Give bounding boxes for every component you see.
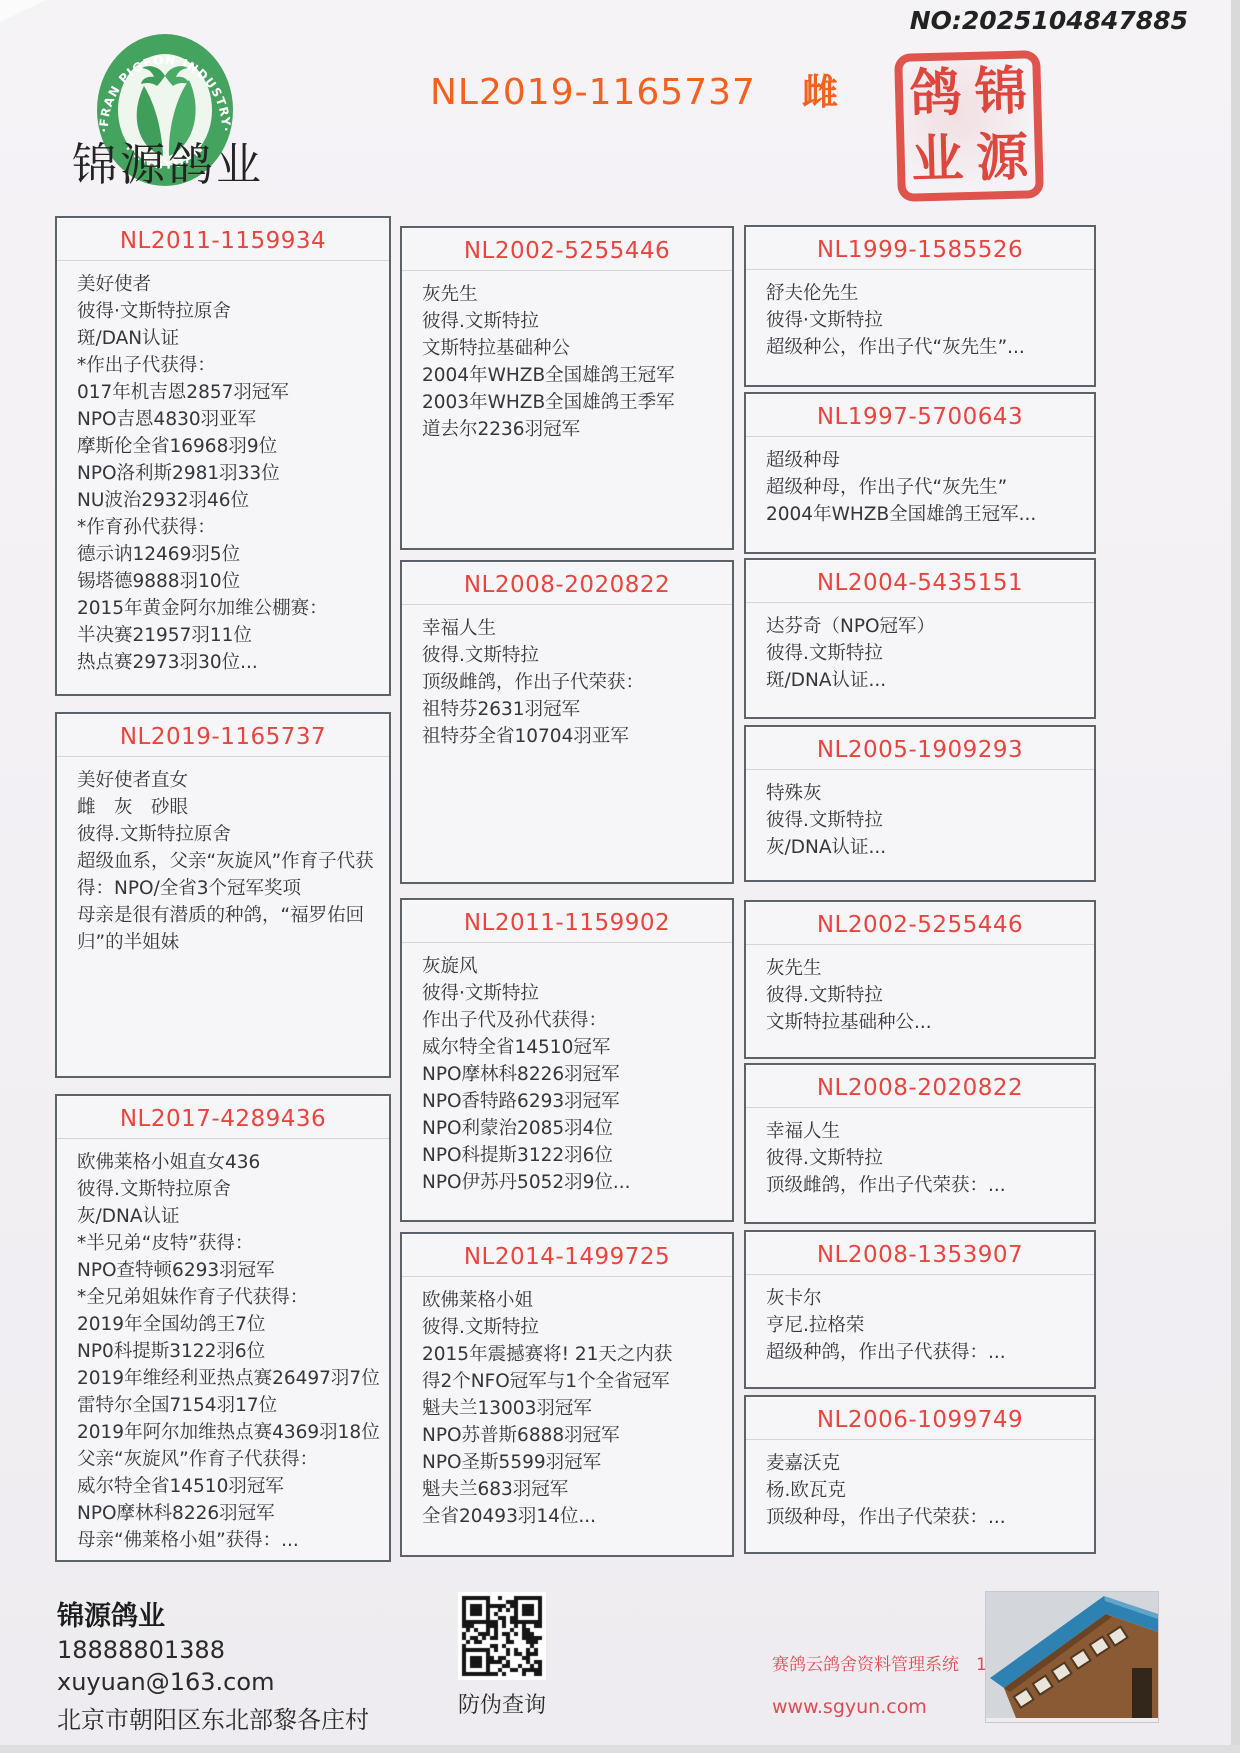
ring-number: NL1997-5700643 (746, 394, 1094, 437)
footer-phone: 18888801388 (57, 1636, 225, 1664)
pigeon-details: 灰旋风 彼得·文斯特拉 作出子代及孙代获得： 威尔特全省14510冠军 NPO摩… (402, 943, 732, 1196)
pigeon-details: 舒夫伦先生 彼得·文斯特拉 超级种公，作出子代“灰先生”... (746, 270, 1094, 361)
qr-caption: 防伪查询 (447, 1688, 557, 1719)
seal-char: 鸽 (902, 60, 969, 128)
qr-code (458, 1592, 546, 1680)
pedigree-box-granddam-1: NL2008-2020822 幸福人生 彼得.文斯特拉 顶级雌鸽，作出子代荣获：… (400, 560, 734, 884)
sex-label: 雌 (802, 72, 839, 113)
pedigree-certificate: NO:2025104847885 ·FRAN PIGEON INDUSTRY· … (0, 0, 1240, 1753)
pedigree-box-grandsire-2: NL2011-1159902 灰旋风 彼得·文斯特拉 作出子代及孙代获得： 威尔… (400, 898, 734, 1222)
ring-number: NL2006-1099749 (746, 1397, 1094, 1440)
ring-number: NL2017-4289436 (57, 1096, 389, 1139)
ring-number: NL2014-1499725 (402, 1234, 732, 1277)
pigeon-details: 美好使者直女 雌 灰 砂眼 彼得.文斯特拉原舍 超级血系，父亲“灰旋风”作育子代… (57, 757, 389, 956)
pigeon-details: 达芬奇（NPO冠军） 彼得.文斯特拉 斑/DNA认证... (746, 603, 1094, 694)
pigeon-details: 灰卡尔 亨尼.拉格荣 超级种鸽，作出子代获得：... (746, 1275, 1094, 1366)
scan-corner-artifact (0, 0, 46, 22)
footer-address: 北京市朝阳区东北部黎各庄村 (57, 1700, 369, 1735)
pedigree-box-grandsire-1: NL2002-5255446 灰先生 彼得.文斯特拉 文斯特拉基础种公 2004… (400, 226, 734, 550)
seal-char: 业 (904, 126, 971, 194)
pigeon-details: 灰先生 彼得.文斯特拉 文斯特拉基础种公... (746, 945, 1094, 1036)
footer-email: xuyuan@163.com (57, 1668, 274, 1696)
ring-number: NL2008-2020822 (402, 562, 732, 605)
pedigree-box-ggp-8: NL2006-1099749 麦嘉沃克 杨.欧瓦克 顶级种母，作出子代荣获：..… (744, 1395, 1096, 1554)
pigeon-details: 欧佛莱格小姐 彼得.文斯特拉 2015年震撼赛将! 21天之内获 得2个NFO冠… (402, 1277, 732, 1530)
ring-number: NL2011-1159934 (57, 218, 389, 261)
pigeon-details: 灰先生 彼得.文斯特拉 文斯特拉基础种公 2004年WHZB全国雄鸽王冠军 20… (402, 271, 732, 443)
pigeon-details: 麦嘉沃克 杨.欧瓦克 顶级种母，作出子代荣获：... (746, 1440, 1094, 1531)
pedigree-box-ggp-5: NL2002-5255446 灰先生 彼得.文斯特拉 文斯特拉基础种公... (744, 900, 1096, 1059)
pedigree-box-ggp-2: NL1997-5700643 超级种母 超级种母，作出子代“灰先生” 2004年… (744, 392, 1096, 554)
pedigree-box-granddam-2: NL2014-1499725 欧佛莱格小姐 彼得.文斯特拉 2015年震撼赛将!… (400, 1232, 734, 1557)
main-ring-number: NL2019-1165737雌 (430, 64, 839, 115)
ring-number: NL1999-1585526 (746, 227, 1094, 270)
pigeon-details: 美好使者 彼得·文斯特拉原舍 斑/DAN认证 *作出子代获得： 017年机吉恩2… (57, 261, 389, 676)
ring-number: NL2004-5435151 (746, 560, 1094, 603)
pigeon-details: 特殊灰 彼得.文斯特拉 灰/DNA认证... (746, 770, 1094, 861)
red-seal-stamp: 鸽 锦 业 源 (894, 50, 1044, 202)
loft-name-heading: 锦源鸽业 (72, 128, 264, 193)
seal-char: 锦 (967, 58, 1034, 126)
pedigree-box-ggp-4: NL2005-1909293 特殊灰 彼得.文斯特拉 灰/DNA认证... (744, 725, 1096, 882)
loft-photo (986, 1592, 1158, 1722)
anti-fake-qr-block: 防伪查询 (447, 1592, 557, 1719)
pigeon-details: 幸福人生 彼得.文斯特拉 顶级雌鸽，作出子代荣获：... (746, 1108, 1094, 1199)
pedigree-box-ggp-6: NL2008-2020822 幸福人生 彼得.文斯特拉 顶级雌鸽，作出子代荣获：… (744, 1063, 1096, 1224)
pedigree-box-subject: NL2019-1165737 美好使者直女 雌 灰 砂眼 彼得.文斯特拉原舍 超… (55, 712, 391, 1078)
ring-number-text: NL2019-1165737 (430, 72, 756, 113)
ring-number: NL2008-1353907 (746, 1232, 1094, 1275)
ring-number: NL2011-1159902 (402, 900, 732, 943)
pedigree-box-sire: NL2011-1159934 美好使者 彼得·文斯特拉原舍 斑/DAN认证 *作… (55, 216, 391, 696)
pedigree-box-dam: NL2017-4289436 欧佛莱格小姐直女436 彼得.文斯特拉原舍 灰/D… (55, 1094, 391, 1562)
scan-right-edge (1231, 0, 1240, 1753)
website-url: www.sgyun.com (772, 1696, 927, 1718)
ring-number: NL2005-1909293 (746, 727, 1094, 770)
ring-number: NL2002-5255446 (402, 228, 732, 271)
scan-bottom-edge (0, 1745, 1240, 1753)
pigeon-details: 幸福人生 彼得.文斯特拉 顶级雌鸽，作出子代荣获： 祖特芬2631羽冠军 祖特芬… (402, 605, 732, 750)
ring-number: NL2008-2020822 (746, 1065, 1094, 1108)
ring-number: NL2002-5255446 (746, 902, 1094, 945)
pedigree-box-ggp-7: NL2008-1353907 灰卡尔 亨尼.拉格荣 超级种鸽，作出子代获得：..… (744, 1230, 1096, 1389)
pedigree-box-ggp-3: NL2004-5435151 达芬奇（NPO冠军） 彼得.文斯特拉 斑/DNA认… (744, 558, 1096, 719)
pigeon-details: 超级种母 超级种母，作出子代“灰先生” 2004年WHZB全国雄鸽王冠军... (746, 437, 1094, 528)
certificate-number: NO:2025104847885 (910, 6, 1188, 35)
footer-loft-name: 锦源鸽业 (57, 1594, 165, 1633)
ring-number: NL2019-1165737 (57, 714, 389, 757)
seal-char: 源 (969, 124, 1036, 192)
pedigree-box-ggp-1: NL1999-1585526 舒夫伦先生 彼得·文斯特拉 超级种公，作出子代“灰… (744, 225, 1096, 387)
pigeon-details: 欧佛莱格小姐直女436 彼得.文斯特拉原舍 灰/DNA认证 *半兄弟“皮特”获得… (57, 1139, 389, 1554)
